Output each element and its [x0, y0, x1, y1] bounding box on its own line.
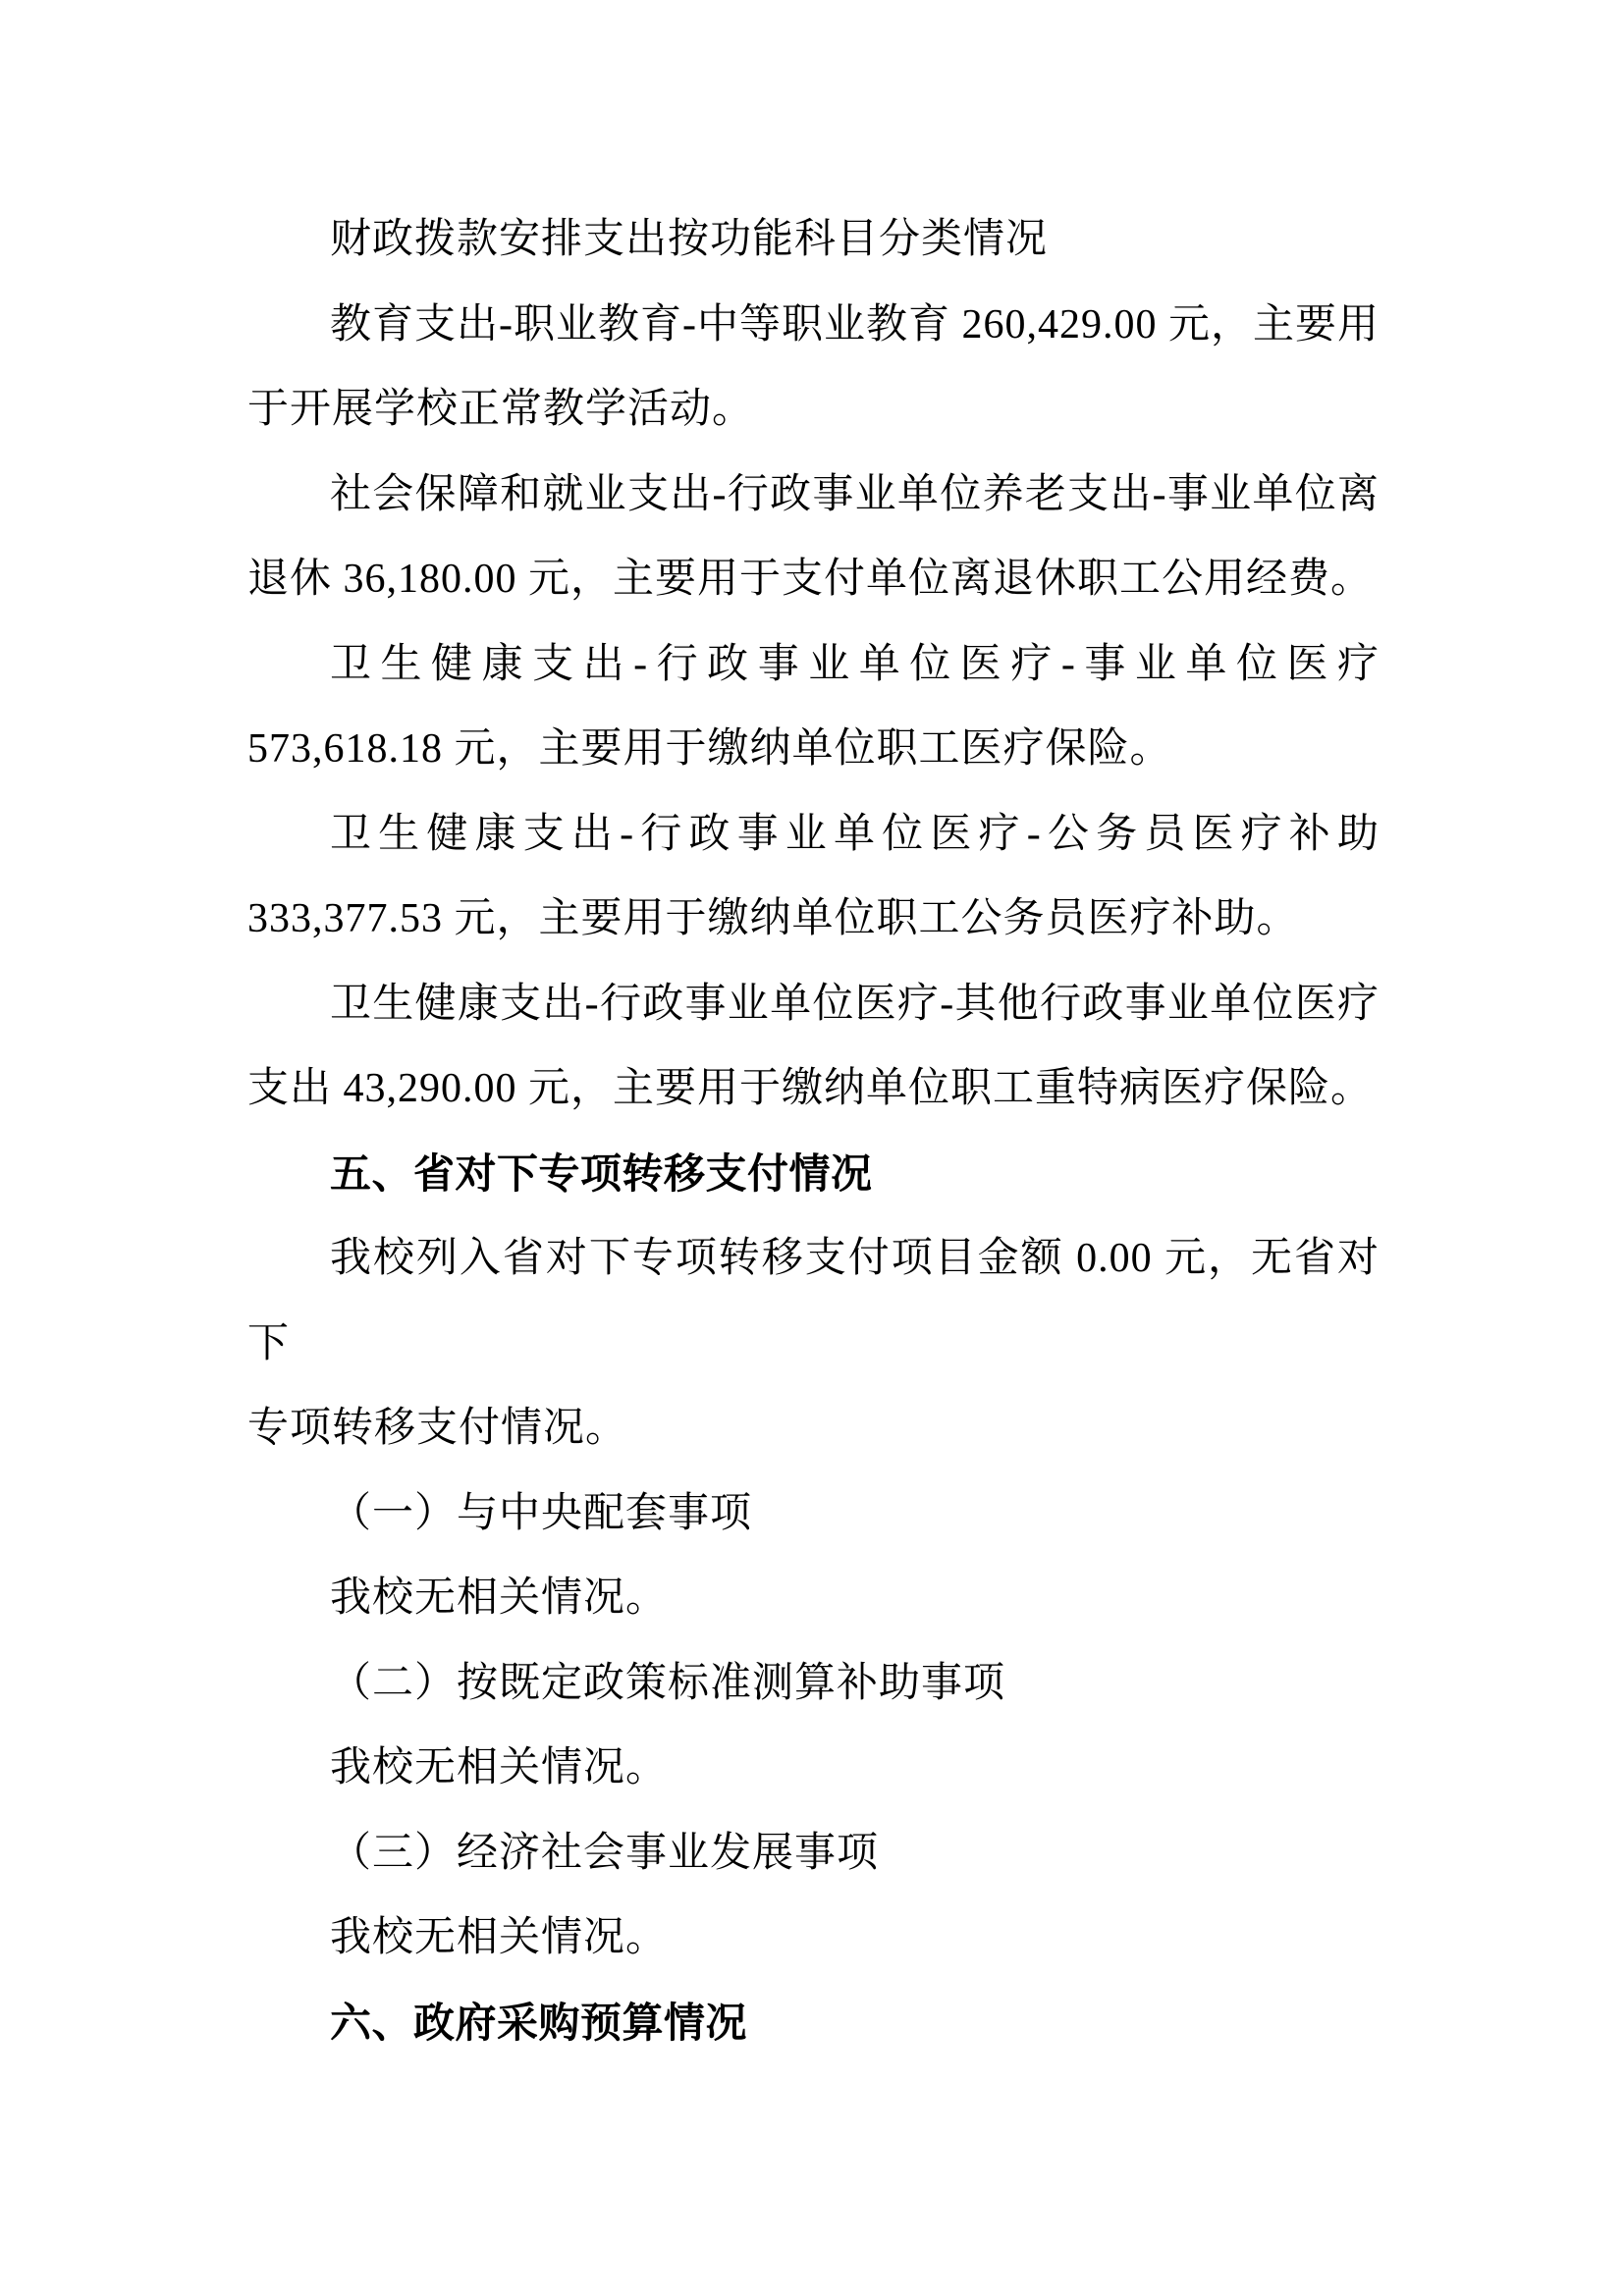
document-line: 333,377.53 元，主要用于缴纳单位职工公务员医疗补助。 — [247, 877, 1380, 962]
document-line: 退休 36,180.00 元，主要用于支付单位离退休职工公用经费。 — [247, 537, 1380, 622]
document-line: 财政拨款安排支出按功能科目分类情况 — [247, 197, 1380, 283]
document-line: 我校无相关情况。 — [247, 1726, 1380, 1811]
document-line: 我校列入省对下专项转移支付项目金额 0.00 元，无省对下 — [247, 1216, 1380, 1386]
document-page: 财政拨款安排支出按功能科目分类情况 教育支出-职业教育-中等职业教育 260,4… — [0, 0, 1624, 2296]
document-line: 专项转移支付情况。 — [247, 1386, 1380, 1471]
section-heading-6: 六、政府采购预算情况 — [247, 1981, 1380, 2066]
document-content: 财政拨款安排支出按功能科目分类情况 教育支出-职业教育-中等职业教育 260,4… — [247, 197, 1380, 2065]
document-line: 我校无相关情况。 — [247, 1896, 1380, 1981]
document-line: 我校无相关情况。 — [247, 1556, 1380, 1641]
document-line: （一）与中央配套事项 — [247, 1471, 1380, 1557]
document-line: 教育支出-职业教育-中等职业教育 260,429.00 元，主要用 — [247, 283, 1380, 368]
document-line: 卫生健康支出-行政事业单位医疗-公务员医疗补助 — [247, 792, 1380, 878]
document-line: 573,618.18 元，主要用于缴纳单位职工医疗保险。 — [247, 707, 1380, 792]
document-line: （三）经济社会事业发展事项 — [247, 1811, 1380, 1896]
document-line: 于开展学校正常教学活动。 — [247, 367, 1380, 453]
section-heading-5: 五、省对下专项转移支付情况 — [247, 1132, 1380, 1217]
document-line: 支出 43,290.00 元，主要用于缴纳单位职工重特病医疗保险。 — [247, 1046, 1380, 1132]
document-line: （二）按既定政策标准测算补助事项 — [247, 1641, 1380, 1727]
document-line: 卫生健康支出-行政事业单位医疗-事业单位医疗 — [247, 622, 1380, 708]
document-line: 卫生健康支出-行政事业单位医疗-其他行政事业单位医疗 — [247, 962, 1380, 1047]
document-line: 社会保障和就业支出-行政事业单位养老支出-事业单位离 — [247, 453, 1380, 538]
